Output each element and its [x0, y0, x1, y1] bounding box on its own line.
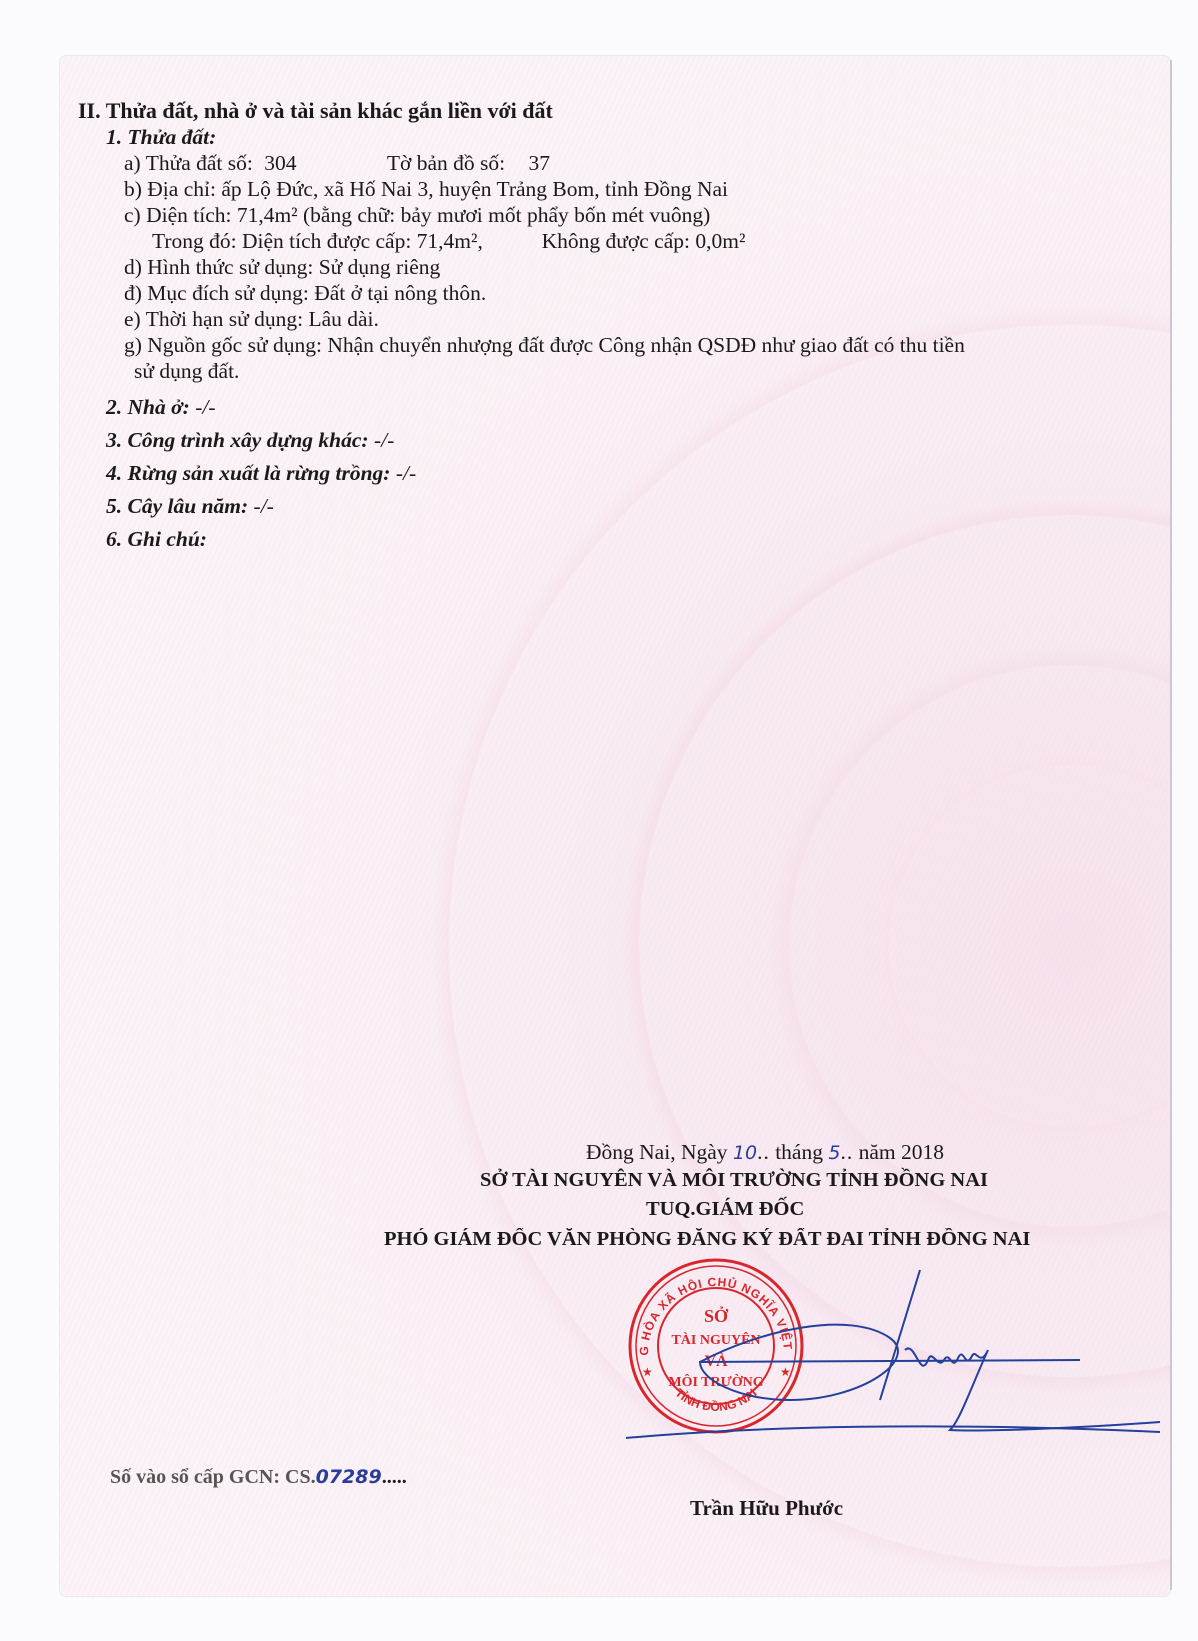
section-value: -/-	[396, 461, 416, 485]
other-assets-sections: 2. Nhà ở: -/- 3. Công trình xây dựng khá…	[78, 394, 1158, 552]
registry-dots: .....	[382, 1466, 407, 1488]
plot-number-line: a) Thửa đất số: 304 Tờ bản đồ số: 37	[78, 150, 1158, 176]
document-body: II. Thửa đất, nhà ở và tài sản khác gắn …	[78, 98, 1158, 559]
section-perennial-trees: 5. Cây lâu năm: -/-	[78, 493, 1158, 519]
granted-area: Trong đó: Diện tích được cấp: 71,4m²,	[152, 229, 483, 253]
section-house: 2. Nhà ở: -/-	[78, 394, 1158, 420]
handwritten-day: 10	[733, 1142, 757, 1164]
section-label: 5. Cây lâu năm:	[106, 494, 248, 518]
section-label: 6. Ghi chú:	[106, 527, 207, 551]
usage-origin-line-1: g) Nguồn gốc sử dụng: Nhận chuyển nhượng…	[78, 332, 1158, 358]
address-line: b) Địa chỉ: ấp Lộ Đức, xã Hố Nai 3, huyệ…	[78, 176, 1158, 202]
area-line: c) Diện tích: 71,4m² (bằng chữ: bảy mươi…	[78, 202, 1158, 228]
month-label: tháng	[770, 1140, 829, 1164]
section-heading: II. Thửa đất, nhà ở và tài sản khác gắn …	[78, 98, 1158, 124]
issue-date: Đồng Nai, Ngày 10.. tháng 5.. năm 2018	[586, 1140, 944, 1165]
date-prefix: Đồng Nai, Ngày	[586, 1140, 733, 1164]
section-label: 2. Nhà ở:	[106, 395, 190, 419]
month-dots: ..	[840, 1140, 853, 1164]
usage-origin-line-2: sử dụng đất.	[78, 358, 1158, 384]
plot-number-value: 304	[264, 151, 296, 175]
issuing-organization: SỞ TÀI NGUYÊN VÀ MÔI TRƯỜNG TỈNH ĐỒNG NA…	[480, 1169, 988, 1192]
section-other-construction: 3. Công trình xây dựng khác: -/-	[78, 427, 1158, 453]
section-value: -/-	[195, 395, 215, 419]
section-value: -/-	[254, 494, 274, 518]
section-label: 4. Rừng sản xuất là rừng trồng:	[106, 461, 390, 485]
signer-name: Trần Hữu Phước	[690, 1496, 843, 1521]
certificate-page: II. Thửa đất, nhà ở và tài sản khác gắn …	[60, 56, 1170, 1596]
registry-label: Số vào sổ cấp GCN: CS.	[110, 1466, 316, 1488]
section-notes: 6. Ghi chú:	[78, 526, 1158, 552]
day-dots: ..	[757, 1140, 770, 1164]
registry-handwritten-number: 07289	[316, 1466, 382, 1488]
map-sheet-value: 37	[529, 151, 551, 175]
year-text: năm 2018	[853, 1140, 944, 1164]
plot-number-label: a) Thửa đất số:	[124, 151, 253, 175]
section-planted-forest: 4. Rừng sản xuất là rừng trồng: -/-	[78, 460, 1158, 486]
not-granted-area: Không được cấp: 0,0m²	[542, 229, 746, 253]
usage-purpose-line: đ) Mục đích sử dụng: Đất ở tại nông thôn…	[78, 280, 1158, 306]
registry-number: Số vào sổ cấp GCN: CS.07289.....	[110, 1466, 407, 1489]
handwritten-signature-icon	[560, 1250, 1160, 1450]
map-sheet-label: Tờ bản đồ số:	[387, 151, 505, 175]
section-label: 3. Công trình xây dựng khác:	[106, 428, 369, 452]
area-breakdown-line: Trong đó: Diện tích được cấp: 71,4m², Kh…	[78, 228, 1158, 254]
usage-form-line: d) Hình thức sử dụng: Sử dụng riêng	[78, 254, 1158, 280]
usage-term-line: e) Thời hạn sử dụng: Lâu dài.	[78, 306, 1158, 332]
on-behalf-title: TUQ.GIÁM ĐỐC	[646, 1198, 804, 1221]
handwritten-month: 5	[828, 1142, 840, 1164]
deputy-director-title: PHÓ GIÁM ĐỐC VĂN PHÒNG ĐĂNG KÝ ĐẤT ĐAI T…	[384, 1228, 1170, 1251]
land-plot-heading: 1. Thửa đất:	[78, 124, 1158, 150]
section-value: -/-	[374, 428, 394, 452]
